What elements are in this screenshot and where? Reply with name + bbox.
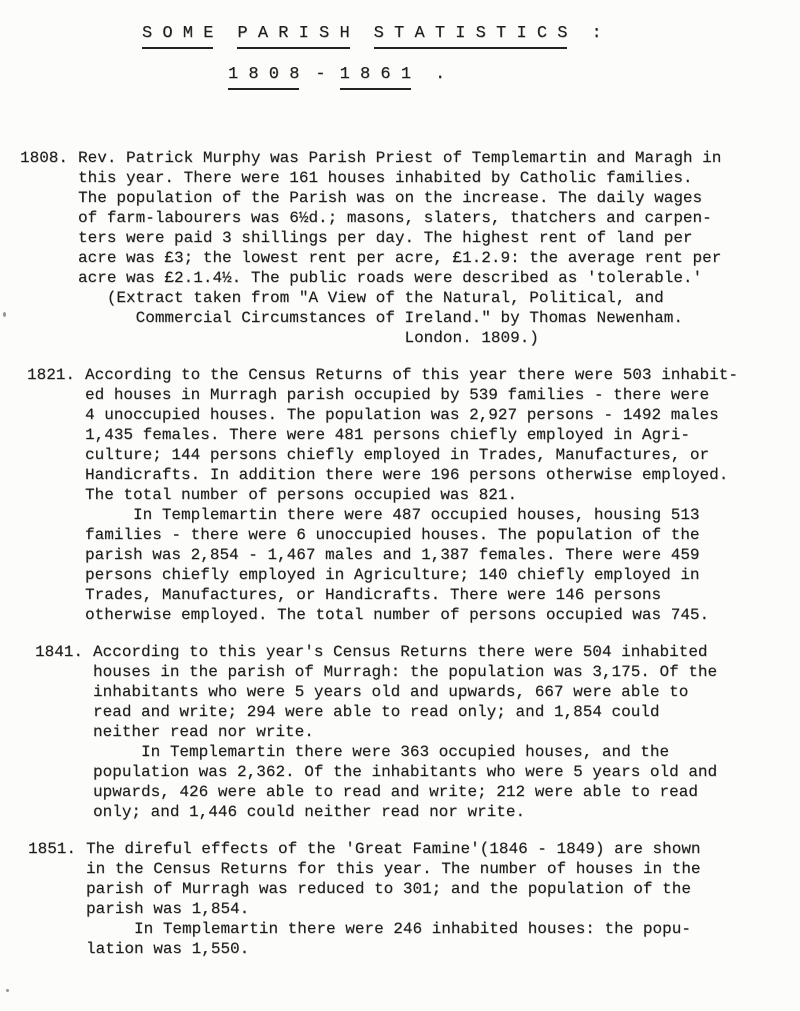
document-page: S O M EP A R I S HS T A T I S T I C S: 1… [0,0,800,959]
title-range-dash: - [315,65,325,84]
title-year-start: 1 8 0 8 [228,65,299,90]
title-colon: : [591,24,601,43]
entries-list: 1808. Rev. Patrick Murphy was Parish Pri… [16,148,782,959]
title-word-statistics: S T A T I S T I C S [374,24,568,49]
entry-year-label: 1851. [28,839,76,859]
scan-artifact [3,312,6,317]
title-word-some: S O M E [142,24,213,49]
scan-artifact [6,989,9,992]
entry-1808: 1808. Rev. Patrick Murphy was Parish Pri… [20,148,782,348]
entry-1841: 1841. According to this year's Census Re… [35,642,782,822]
entry-year-label: 1841. [35,642,83,662]
title-year-end: 1 8 6 1 [340,65,411,90]
entry-body-text: According to the Census Returns of this … [85,365,738,625]
entry-year-label: 1808. [20,148,68,168]
entry-body-text: According to this year's Census Returns … [93,642,717,822]
page-title: S O M EP A R I S HS T A T I S T I C S: [142,24,782,49]
entry-1821: 1821. According to the Census Returns of… [27,365,782,625]
title-word-parish: P A R I S H [237,24,349,49]
entry-year-label: 1821. [27,365,75,385]
entry-body-text: The direful effects of the 'Great Famine… [86,839,701,959]
title-period: . [435,65,445,84]
entry-1851: 1851. The direful effects of the 'Great … [28,839,782,959]
page-subtitle-year-range: 1 8 0 8-1 8 6 1. [228,65,782,90]
entry-body-text: Rev. Patrick Murphy was Parish Priest of… [78,148,721,348]
